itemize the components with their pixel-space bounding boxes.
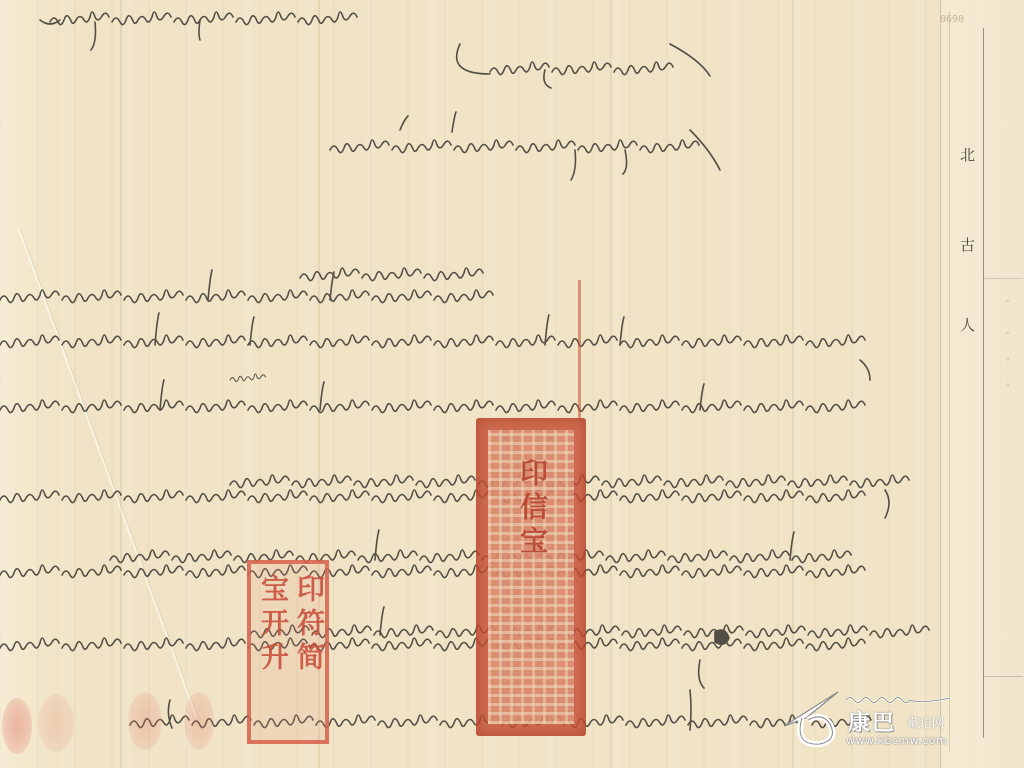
watermark-subtitle: 藏语网 [908, 714, 944, 731]
thumbprint-seal [38, 694, 74, 752]
manuscript-sheet: 北 古 人 ◦ ◦ ◦ ◦ 0690 [0, 0, 1024, 768]
tibetan-script-banner [846, 690, 976, 706]
kangba-logo-icon [776, 688, 840, 752]
thumbprint-seal [2, 698, 32, 754]
thumbprint-seal [184, 692, 214, 750]
seal-inscription: 宝开升 [253, 574, 293, 676]
medium-official-seal: 印符简 宝开升 [247, 560, 329, 744]
watermark-title: 康巴 [848, 706, 896, 737]
site-watermark: 康巴 藏语网 www.kbcmw.com [776, 688, 976, 752]
seal-inscription: 印信宝 [512, 458, 552, 560]
seal-inscription: 印符简 [289, 574, 329, 676]
watermark-url: www.kbcmw.com [846, 734, 947, 747]
thumbprint-seal [128, 692, 162, 750]
large-official-seal: 印信宝 [476, 418, 586, 736]
seal-ink-bleed [578, 280, 581, 420]
